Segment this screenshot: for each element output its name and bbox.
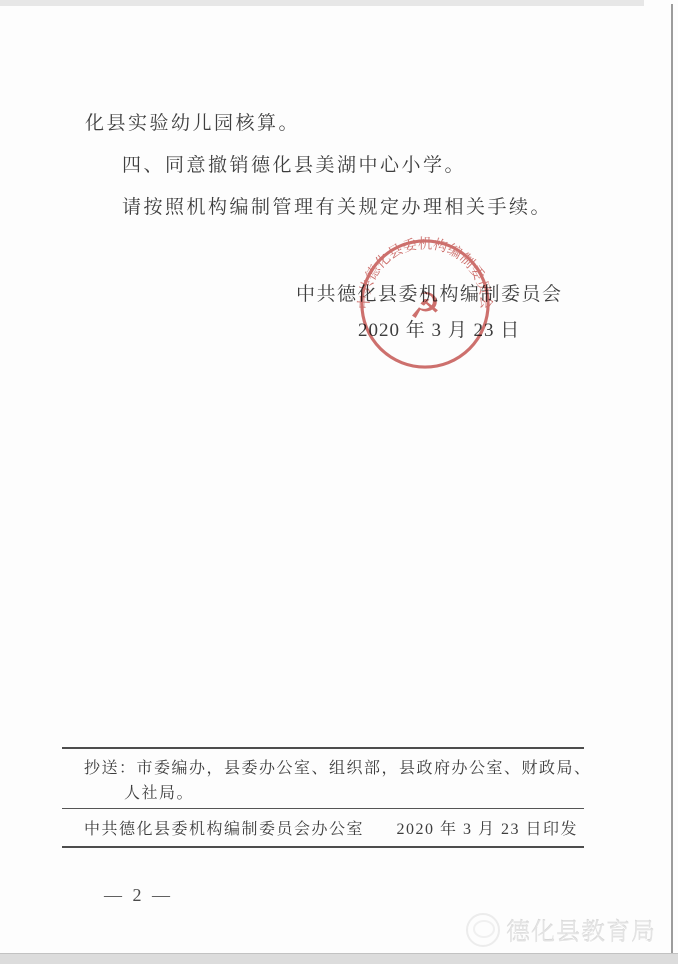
issuer-name: 中共德化县委机构编制委员会办公室: [84, 816, 364, 839]
page-number: — 2 —: [104, 885, 173, 906]
body-line-2: 四、同意撤销德化县美湖中心小学。: [122, 150, 466, 177]
scan-strip-bottom: [0, 953, 678, 964]
issue-date: 2020 年 3 月 23 日印发: [396, 816, 578, 839]
body-line-3: 请按照机构编制管理有关规定办理相关手续。: [122, 192, 552, 219]
colophon-block: 抄送：市委编办，县委办公室、组织部，县政府办公室、财政局、 人社局。 中共德化县…: [62, 747, 584, 848]
cc-line-1: 抄送：市委编办，县委办公室、组织部，县政府办公室、财政局、: [84, 755, 584, 778]
watermark: 德化县教育局: [466, 912, 656, 947]
cc-line-2: 人社局。: [84, 780, 584, 803]
cc-block: 抄送：市委编办，县委办公室、组织部，县政府办公室、财政局、 人社局。: [62, 749, 584, 809]
issuer-row: 中共德化县委机构编制委员会办公室 2020 年 3 月 23 日印发: [62, 809, 584, 846]
watermark-logo-icon: [466, 913, 500, 947]
document-page: 化县实验幼儿园核算。 四、同意撤销德化县美湖中心小学。 请按照机构编制管理有关规…: [0, 0, 678, 964]
watermark-label: 德化县教育局: [506, 912, 656, 947]
scan-strip-top: [0, 0, 644, 6]
scan-border-right: [671, 4, 673, 954]
official-seal: 中共德化县委机构编制委员会 ☭: [356, 235, 494, 373]
body-line-1: 化县实验幼儿园核算。: [85, 108, 300, 135]
seal-emblem-icon: ☭: [409, 286, 441, 327]
